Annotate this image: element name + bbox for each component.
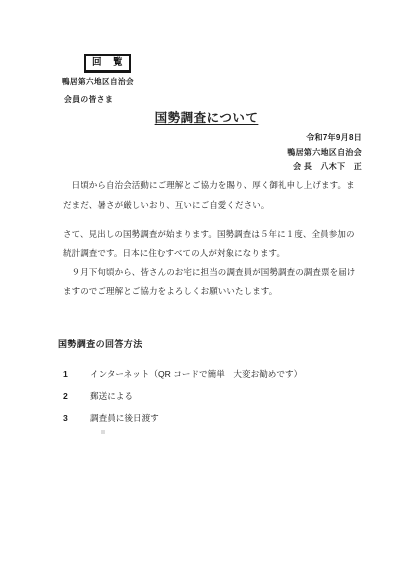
date-signature-block: 令和7年9月8日 鴨居第六地区自治会 会 長 八木下 正	[287, 131, 362, 175]
list-item-number: 1	[63, 364, 90, 386]
list-item: 2 郵送による	[63, 386, 302, 408]
paragraph-line: ９月下旬頃から、皆さんのお宅に担当の調査員が国勢調査の調査票を届け	[63, 263, 355, 282]
scanned-document-page: 回 覧 鴨居第六地区自治会 会員の皆さま 国勢調査について 令和7年9月8日 鴨…	[0, 0, 413, 584]
scan-artifact-speck	[101, 430, 105, 434]
paragraph-line: だまだ、暑さが厳しいおり、互いにご自愛ください。	[63, 196, 355, 216]
paragraph-line: さて、見出しの国勢調査が始まります。国勢調査は５年に１度、全員参加の	[63, 225, 355, 244]
circular-stamp-label: 回 覧	[92, 57, 124, 68]
addressee-line: 会員の皆さま	[64, 94, 113, 105]
circular-stamp-box: 回 覧	[84, 54, 131, 73]
list-item: 1 インターネット（QR コードで簡単 大変お勧めです）	[63, 364, 302, 386]
answer-methods-list: 1 インターネット（QR コードで簡単 大変お勧めです） 2 郵送による 3 調…	[63, 364, 302, 429]
signature-org: 鴨居第六地区自治会	[287, 146, 362, 161]
paragraph-line: 統計調査です。日本に住むすべての人が対象になります。	[63, 244, 355, 263]
greeting-paragraph: 日頃から自治会活動にご理解とご協力を賜り、厚く御礼申し上げます。ま だまだ、暑さ…	[63, 176, 355, 215]
list-item-text: 調査員に後日渡す	[90, 408, 159, 430]
paragraph-line: 日頃から自治会活動にご理解とご協力を賜り、厚く御礼申し上げます。ま	[63, 176, 355, 196]
list-item-number: 3	[63, 408, 90, 430]
census-announcement-paragraph: さて、見出しの国勢調査が始まります。国勢調査は５年に１度、全員参加の 統計調査で…	[63, 225, 355, 301]
list-item-text: インターネット（QR コードで簡単 大変お勧めです）	[90, 364, 302, 386]
list-item: 3 調査員に後日渡す	[63, 408, 302, 430]
document-title: 国勢調査について	[0, 108, 413, 126]
document-date: 令和7年9月8日	[287, 131, 362, 146]
answer-methods-heading: 国勢調査の回答方法	[58, 337, 143, 350]
list-item-text: 郵送による	[90, 386, 133, 408]
issuing-org-name: 鴨居第六地区自治会	[62, 76, 134, 87]
paragraph-line: ますのでご理解とご協力をよろしくお願いいたします。	[63, 282, 355, 301]
signature-chairman: 会 長 八木下 正	[287, 160, 362, 175]
list-item-number: 2	[63, 386, 90, 408]
document-title-text: 国勢調査について	[155, 111, 259, 125]
